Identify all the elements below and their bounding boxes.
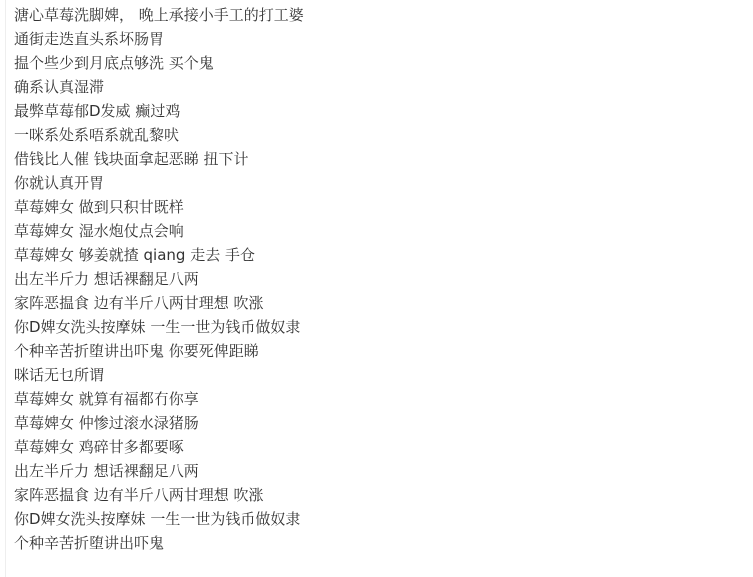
lyric-line: 确系认真湿滞 [14,75,304,99]
lyric-line: 草莓婢女 就算有福都冇你享 [14,387,304,411]
lyric-line: 草莓婢女 做到只积甘既样 [14,195,304,219]
lyric-line: 通街走迭直头系坏肠胃 [14,27,304,51]
lyric-line: 个种辛苦折堕讲出吓鬼 你要死俾距睇 [14,339,304,363]
lyric-line: 你D婢女洗头按摩妹 一生一世为钱币做奴隶 [14,507,304,531]
lyric-line: 咪话无乜所谓 [14,363,304,387]
lyric-line: 一咪系处系唔系就乱黎吠 [14,123,304,147]
lyrics-text-block: 溏心草莓洗脚婢， 晚上承接小手工的打工婆 通街走迭直头系坏肠胃 揾个些少到月底点… [14,3,304,555]
lyric-line: 草莓婢女 湿水炮仗点会响 [14,219,304,243]
lyric-line: 出左半斤力 想话裸翻足八两 [14,459,304,483]
lyric-line: 个种辛苦折堕讲出吓鬼 [14,531,304,555]
lyric-line: 最弊草莓郁D发威 癫过鸡 [14,99,304,123]
lyric-line: 你就认真开胃 [14,171,304,195]
lyric-line: 草莓婢女 仲惨过滚水渌猪肠 [14,411,304,435]
left-border-rule [5,0,6,577]
lyric-line: 出左半斤力 想话裸翻足八两 [14,267,304,291]
lyric-line: 你D婢女洗头按摩妹 一生一世为钱币做奴隶 [14,315,304,339]
lyric-line: 揾个些少到月底点够洗 买个鬼 [14,51,304,75]
lyric-line: 草莓婢女 够姜就揸 qiang 走去 手仓 [14,243,304,267]
lyric-line: 家阵恶揾食 边有半斤八两甘理想 吹涨 [14,483,304,507]
lyric-line: 借钱比人催 钱块面拿起恶睇 扭下计 [14,147,304,171]
lyric-line: 草莓婢女 鸡碎甘多都要啄 [14,435,304,459]
lyric-line: 家阵恶揾食 边有半斤八两甘理想 吹涨 [14,291,304,315]
lyric-line: 溏心草莓洗脚婢， 晚上承接小手工的打工婆 [14,3,304,27]
